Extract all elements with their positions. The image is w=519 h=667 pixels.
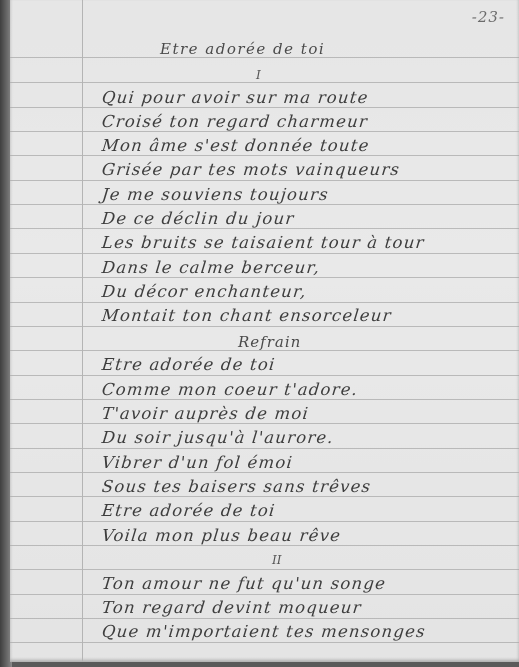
ruled-line [10, 448, 519, 449]
lyric-line: T'avoir auprès de moi [101, 404, 310, 423]
lyric-line: Vibrer d'un fol émoi [101, 453, 294, 472]
lyric-line: Grisée par tes mots vainqueurs [101, 160, 401, 179]
lyric-line: Ton regard devint moqueur [101, 598, 363, 617]
lyric-line: De ce déclin du jour [101, 209, 295, 228]
lyric-line: Ton amour ne fut qu'un songe [101, 574, 387, 593]
ruled-line [10, 131, 519, 132]
lyric-line: Du décor enchanteur, [101, 282, 308, 301]
ruled-line [10, 180, 519, 181]
ruled-line [10, 277, 519, 278]
lyric-line: Croisé ton regard charmeur [101, 112, 369, 131]
ruled-line [10, 594, 519, 595]
ruled-line [10, 253, 519, 254]
lyric-line: Etre adorée de toi [101, 355, 277, 374]
ruled-line [10, 107, 519, 108]
lyric-line: Que m'importaient tes mensonges [101, 622, 427, 641]
lyric-line: Du soir jusqu'à l'aurore. [101, 428, 335, 447]
verse-1-mark: I [256, 68, 261, 82]
lyric-line: Je me souviens toujours [101, 185, 330, 204]
song-title: Etre adorée de toi [160, 40, 325, 58]
verse-2-mark: II [272, 553, 281, 567]
lyric-line: Etre adorée de toi [101, 501, 277, 520]
ruled-line [10, 399, 519, 400]
refrain-label: Refrain [238, 333, 301, 351]
ruled-line [10, 302, 519, 303]
ruled-line [10, 545, 519, 546]
ruled-line [10, 642, 519, 643]
ruled-line [10, 204, 519, 205]
lyric-line: Les bruits se taisaient tour à tour [101, 233, 426, 252]
ruled-line [10, 618, 519, 619]
lyric-line: Qui pour avoir sur ma route [101, 88, 370, 107]
lyric-line: Voila mon plus beau rêve [101, 526, 342, 545]
lyric-line: Dans le calme berceur, [101, 258, 321, 277]
ruled-line [10, 472, 519, 473]
ruled-line [10, 326, 519, 327]
ruled-line [10, 423, 519, 424]
ruled-line [10, 375, 519, 376]
lyric-line: Sous tes baisers sans trêves [101, 477, 372, 496]
lyric-line: Mon âme s'est donnée toute [101, 136, 371, 155]
ruled-line [10, 521, 519, 522]
notebook-page: -23- Etre adorée de toi I Qui pour avoir… [10, 0, 519, 662]
page-number: -23- [472, 8, 505, 26]
ruled-line [10, 228, 519, 229]
lyric-line: Montait ton chant ensorceleur [101, 306, 393, 325]
ruled-line [10, 569, 519, 570]
ruled-line [10, 82, 519, 83]
lyric-line: Comme mon coeur t'adore. [101, 380, 359, 399]
ruled-line [10, 155, 519, 156]
ruled-line [10, 496, 519, 497]
margin-line [82, 0, 83, 662]
